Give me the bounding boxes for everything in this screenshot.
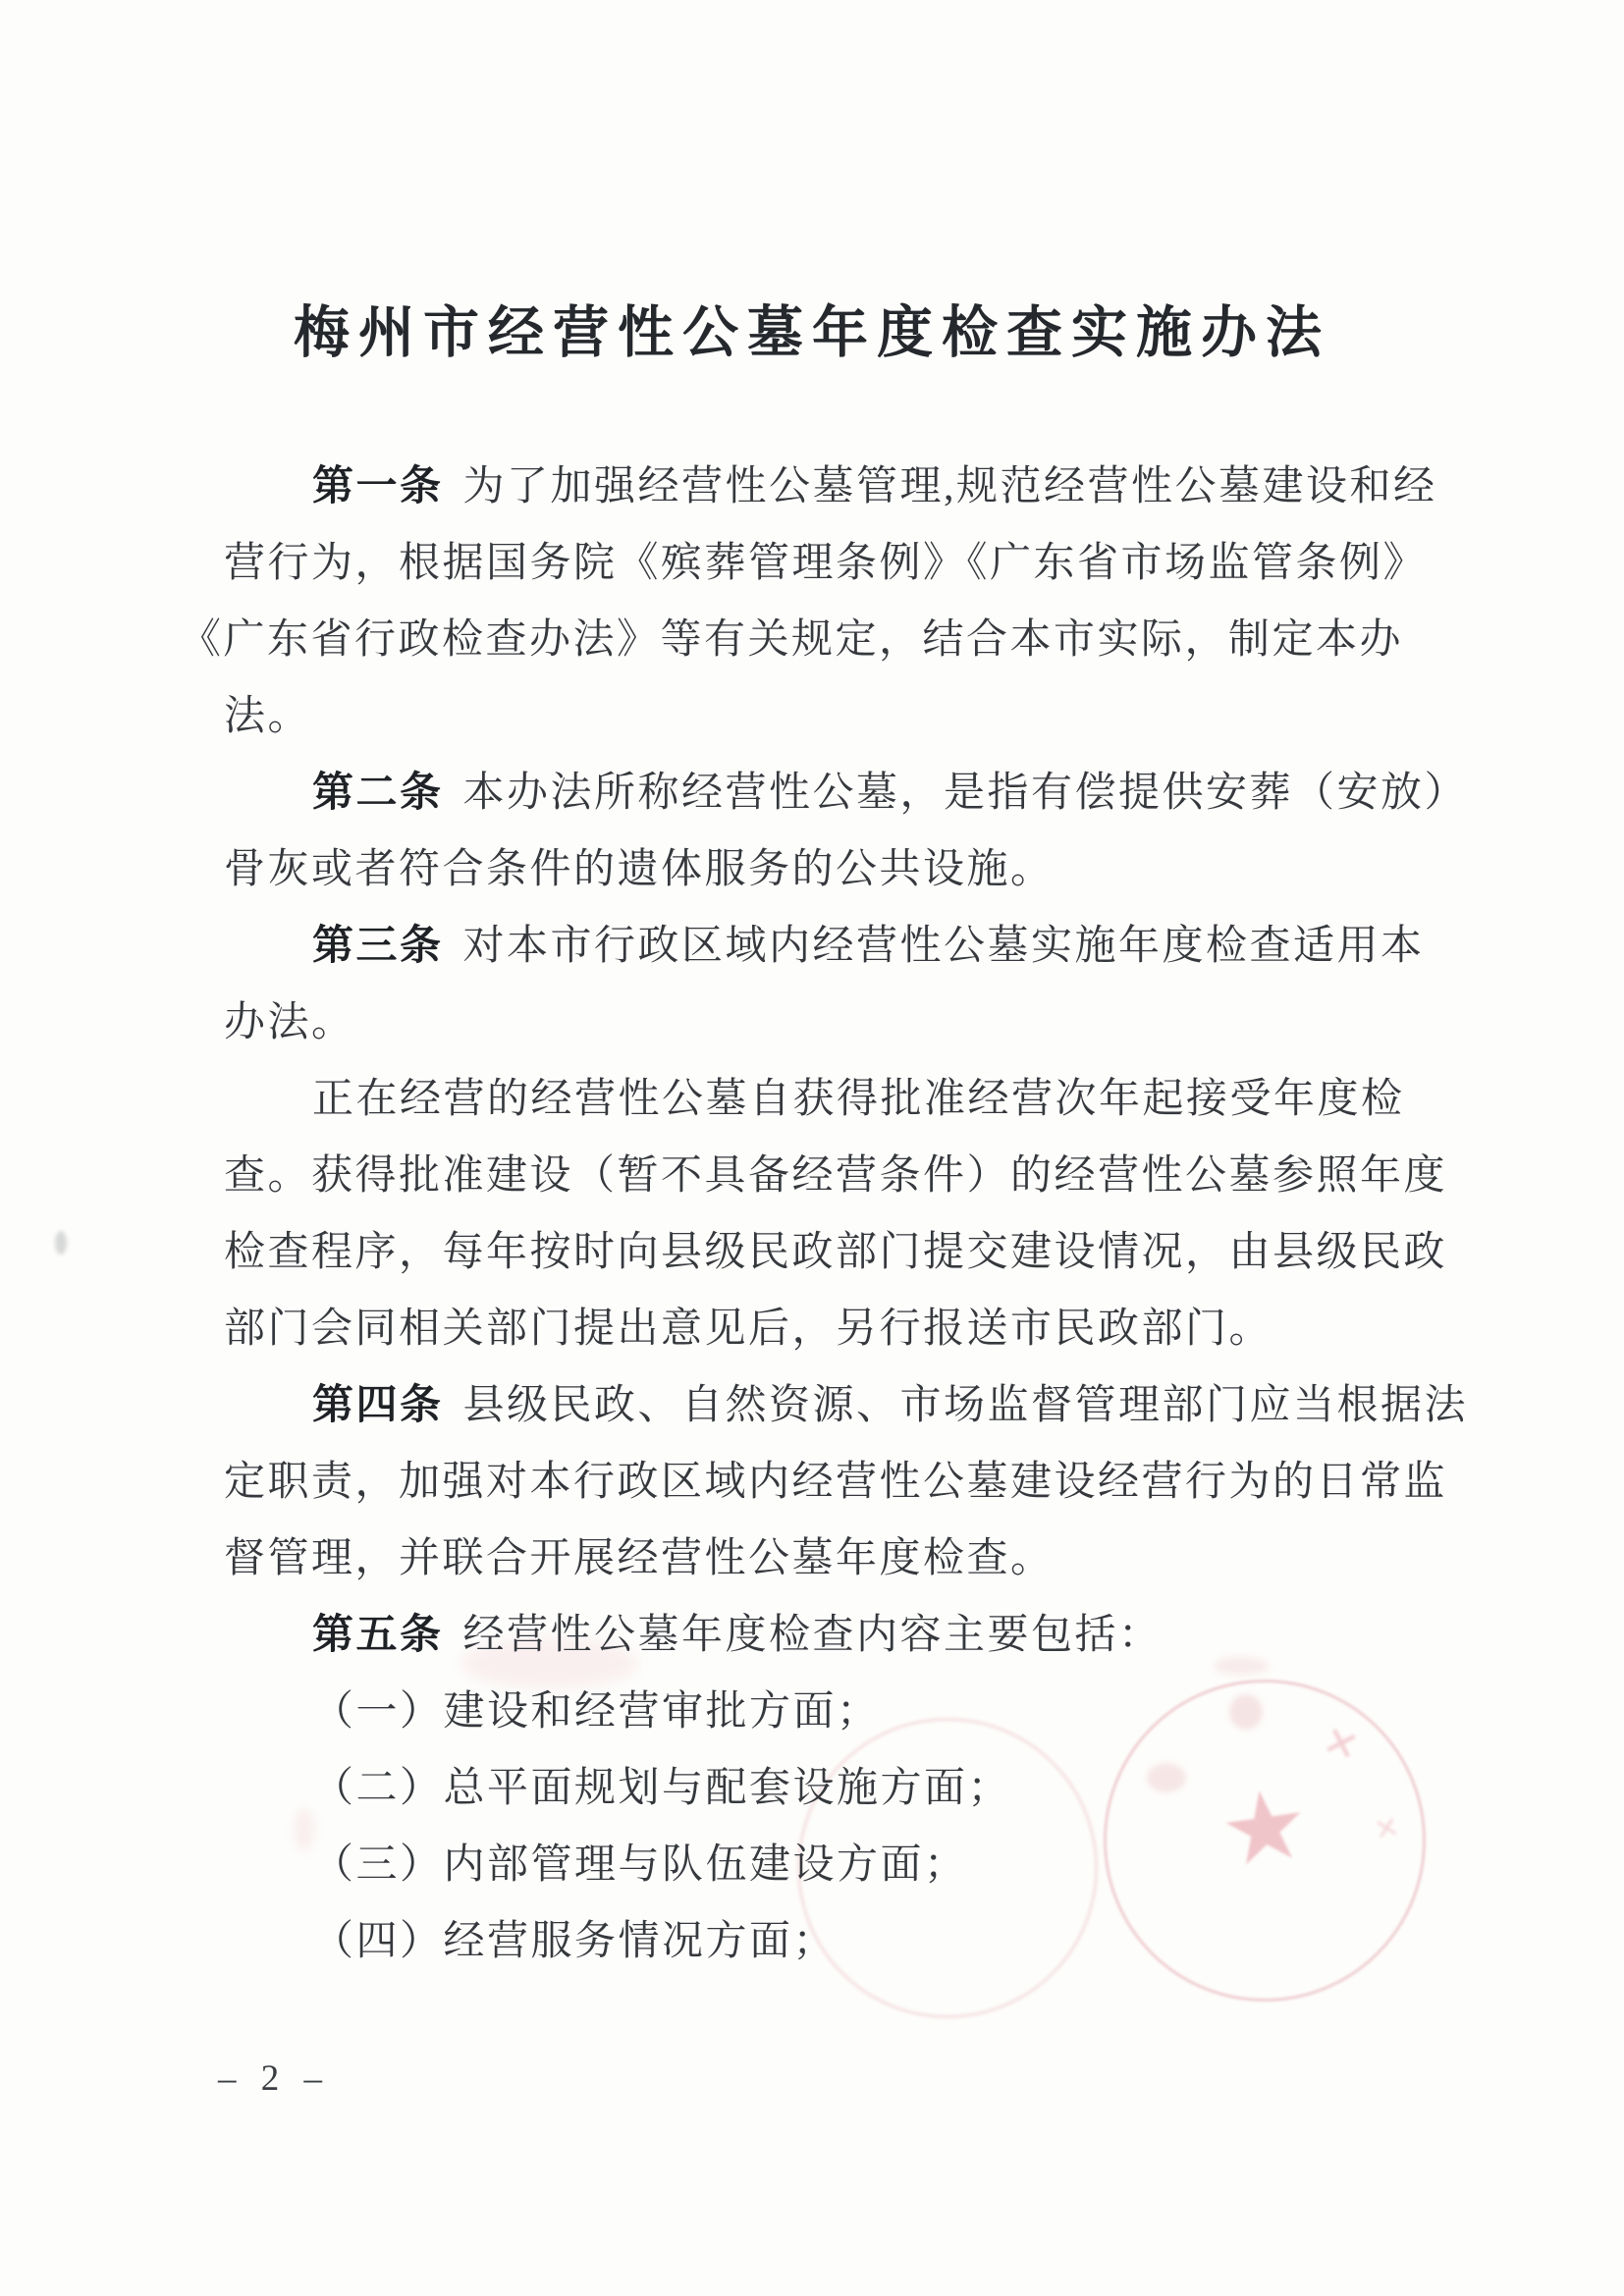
line-text: 骨灰或者符合条件的遗体服务的公共设施。: [224, 847, 1055, 892]
text-line: 督管理，并联合开展经营性公墓年度检查。: [224, 1521, 1451, 1597]
line-text: （四）经营服务情况方面；: [312, 1919, 837, 1964]
line-text: 查。获得批准建设（暂不具备经营条件）的经营性公墓参照年度: [224, 1153, 1447, 1199]
document-body: 第一条为了加强经营性公墓管理,规范经营性公墓建设和经营行为，根据国务院《殡葬管理…: [224, 449, 1451, 1980]
line-text: 经营性公墓年度检查内容主要包括：: [463, 1613, 1163, 1658]
article-number: 第二条: [312, 771, 444, 816]
text-line: 定职责，加强对本行政区域内经营性公墓建设经营行为的日常监: [224, 1444, 1451, 1521]
document-title: 梅州市经营性公墓年度检查实施办法: [0, 288, 1624, 368]
text-line: 第三条对本市行政区域内经营性公墓实施年度检查适用本: [224, 908, 1451, 985]
text-line: 正在经营的经营性公墓自获得批准经营次年起接受年度检: [224, 1061, 1451, 1138]
line-text: 法。: [224, 694, 311, 739]
article-number: 第三条: [312, 924, 444, 969]
text-line: 查。获得批准建设（暂不具备经营条件）的经营性公墓参照年度: [224, 1138, 1451, 1214]
article-number: 第一条: [312, 464, 444, 509]
text-line: 第一条为了加强经营性公墓管理,规范经营性公墓建设和经: [224, 449, 1451, 525]
text-line: （四）经营服务情况方面；: [224, 1903, 1451, 1980]
line-text: 正在经营的经营性公墓自获得批准经营次年起接受年度检: [312, 1077, 1405, 1122]
text-line: 第四条县级民政、自然资源、市场监督管理部门应当根据法: [224, 1367, 1451, 1444]
line-text: 办法。: [224, 1000, 355, 1045]
line-text: 县级民政、自然资源、市场监督管理部门应当根据法: [463, 1383, 1469, 1428]
line-text: 营行为，根据国务院《殡葬管理条例》《广东省市场监管条例》: [224, 541, 1427, 586]
text-line: （一）建设和经营审批方面；: [224, 1674, 1451, 1750]
text-line: （三）内部管理与队伍建设方面；: [224, 1827, 1451, 1903]
text-line: 第二条本办法所称经营性公墓，是指有偿提供安葬（安放）: [224, 755, 1451, 831]
line-text: 检查程序，每年按时向县级民政部门提交建设情况，由县级民政: [224, 1230, 1447, 1275]
text-line: 《广东省行政检查办法》等有关规定，结合本市实际，制定本办: [180, 602, 1451, 678]
text-line: 骨灰或者符合条件的遗体服务的公共设施。: [224, 831, 1451, 908]
line-text: （三）内部管理与队伍建设方面；: [312, 1842, 968, 1888]
line-text: 《广东省行政检查办法》等有关规定，结合本市实际，制定本办: [180, 617, 1403, 663]
article-number: 第四条: [312, 1383, 444, 1428]
text-line: 法。: [224, 678, 1451, 755]
line-text: 本办法所称经营性公墓，是指有偿提供安葬（安放）: [463, 771, 1469, 816]
text-line: 营行为，根据国务院《殡葬管理条例》《广东省市场监管条例》: [224, 525, 1451, 602]
line-text: 为了加强经营性公墓管理,规范经营性公墓建设和经: [463, 464, 1437, 509]
scan-speck: [55, 1231, 67, 1255]
line-text: 督管理，并联合开展经营性公墓年度检查。: [224, 1536, 1055, 1581]
text-line: 第五条经营性公墓年度检查内容主要包括：: [224, 1597, 1451, 1674]
document-page: 梅州市经营性公墓年度检查实施办法 第一条为了加强经营性公墓管理,规范经营性公墓建…: [0, 0, 1624, 2296]
line-text: （一）建设和经营审批方面；: [312, 1689, 881, 1735]
text-line: 检查程序，每年按时向县级民政部门提交建设情况，由县级民政: [224, 1214, 1451, 1291]
line-text: 对本市行政区域内经营性公墓实施年度检查适用本: [463, 924, 1425, 969]
line-text: 定职责，加强对本行政区域内经营性公墓建设经营行为的日常监: [224, 1460, 1447, 1505]
text-line: 部门会同相关部门提出意见后，另行报送市民政部门。: [224, 1291, 1451, 1367]
text-line: 办法。: [224, 985, 1451, 1061]
text-line: （二）总平面规划与配套设施方面；: [224, 1750, 1451, 1827]
page-number: – 2 –: [218, 2057, 330, 2100]
line-text: （二）总平面规划与配套设施方面；: [312, 1766, 1011, 1811]
article-number: 第五条: [312, 1613, 444, 1658]
line-text: 部门会同相关部门提出意见后，另行报送市民政部门。: [224, 1307, 1272, 1352]
